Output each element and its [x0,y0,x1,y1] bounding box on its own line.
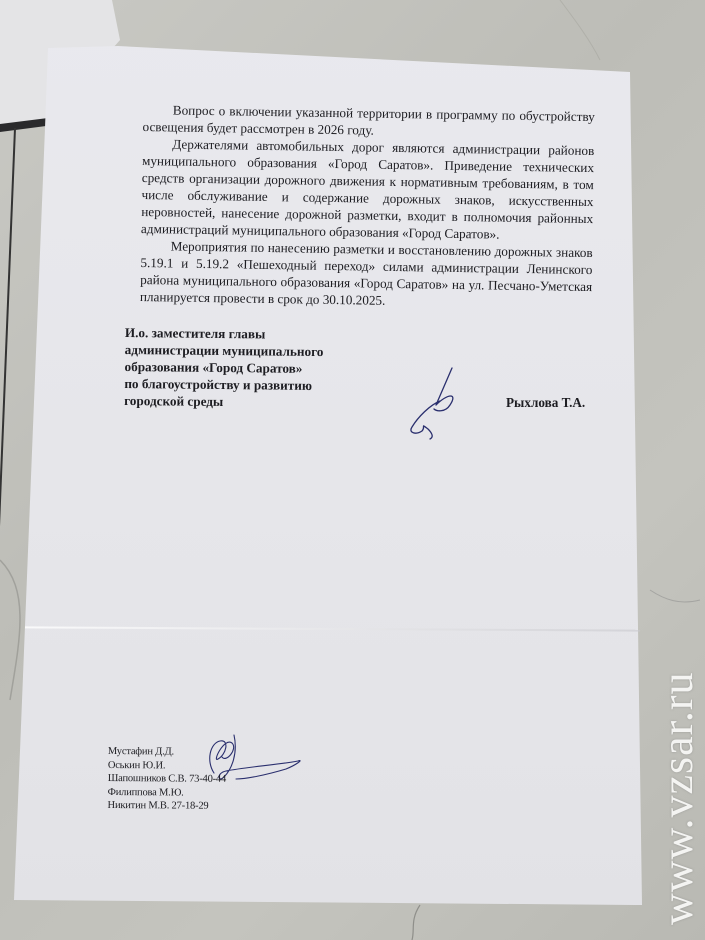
executor-line: Филиппова М.Ю. [108,785,226,799]
executor-line: Никитин М.В. 27-18-29 [108,799,226,813]
signatory-position: И.о. заместителя главы администрации мун… [124,324,324,411]
position-line: городской среды [124,392,323,411]
paragraph-marking-plan: Мероприятия по нанесению разметки и восс… [140,237,593,312]
position-line: администрации муниципального [125,341,324,360]
executor-line: Мустафин Д.Д. [108,745,226,759]
executor-line: Шапошников С.В. 73-40-44 [108,772,226,786]
signer-name: Рыхлова Т.А. [506,395,585,411]
position-line: И.о. заместителя главы [125,324,324,343]
handwritten-signature-icon [400,365,470,440]
position-line: образования «Город Саратов» [124,358,323,377]
executor-line: Оськин Ю.И. [108,758,226,772]
executors-list: Мустафин Д.Д. Оськин Ю.И. Шапошников С.В… [108,745,227,813]
watermark: www.vzsar.ru [652,671,703,925]
letter-body: Вопрос о включении указанной территории … [140,101,595,312]
position-line: по благоустройству и развитию [124,375,323,394]
paragraph-road-owners: Держателями автомобильных дорог являются… [141,135,595,244]
page-left-edge [0,128,16,899]
